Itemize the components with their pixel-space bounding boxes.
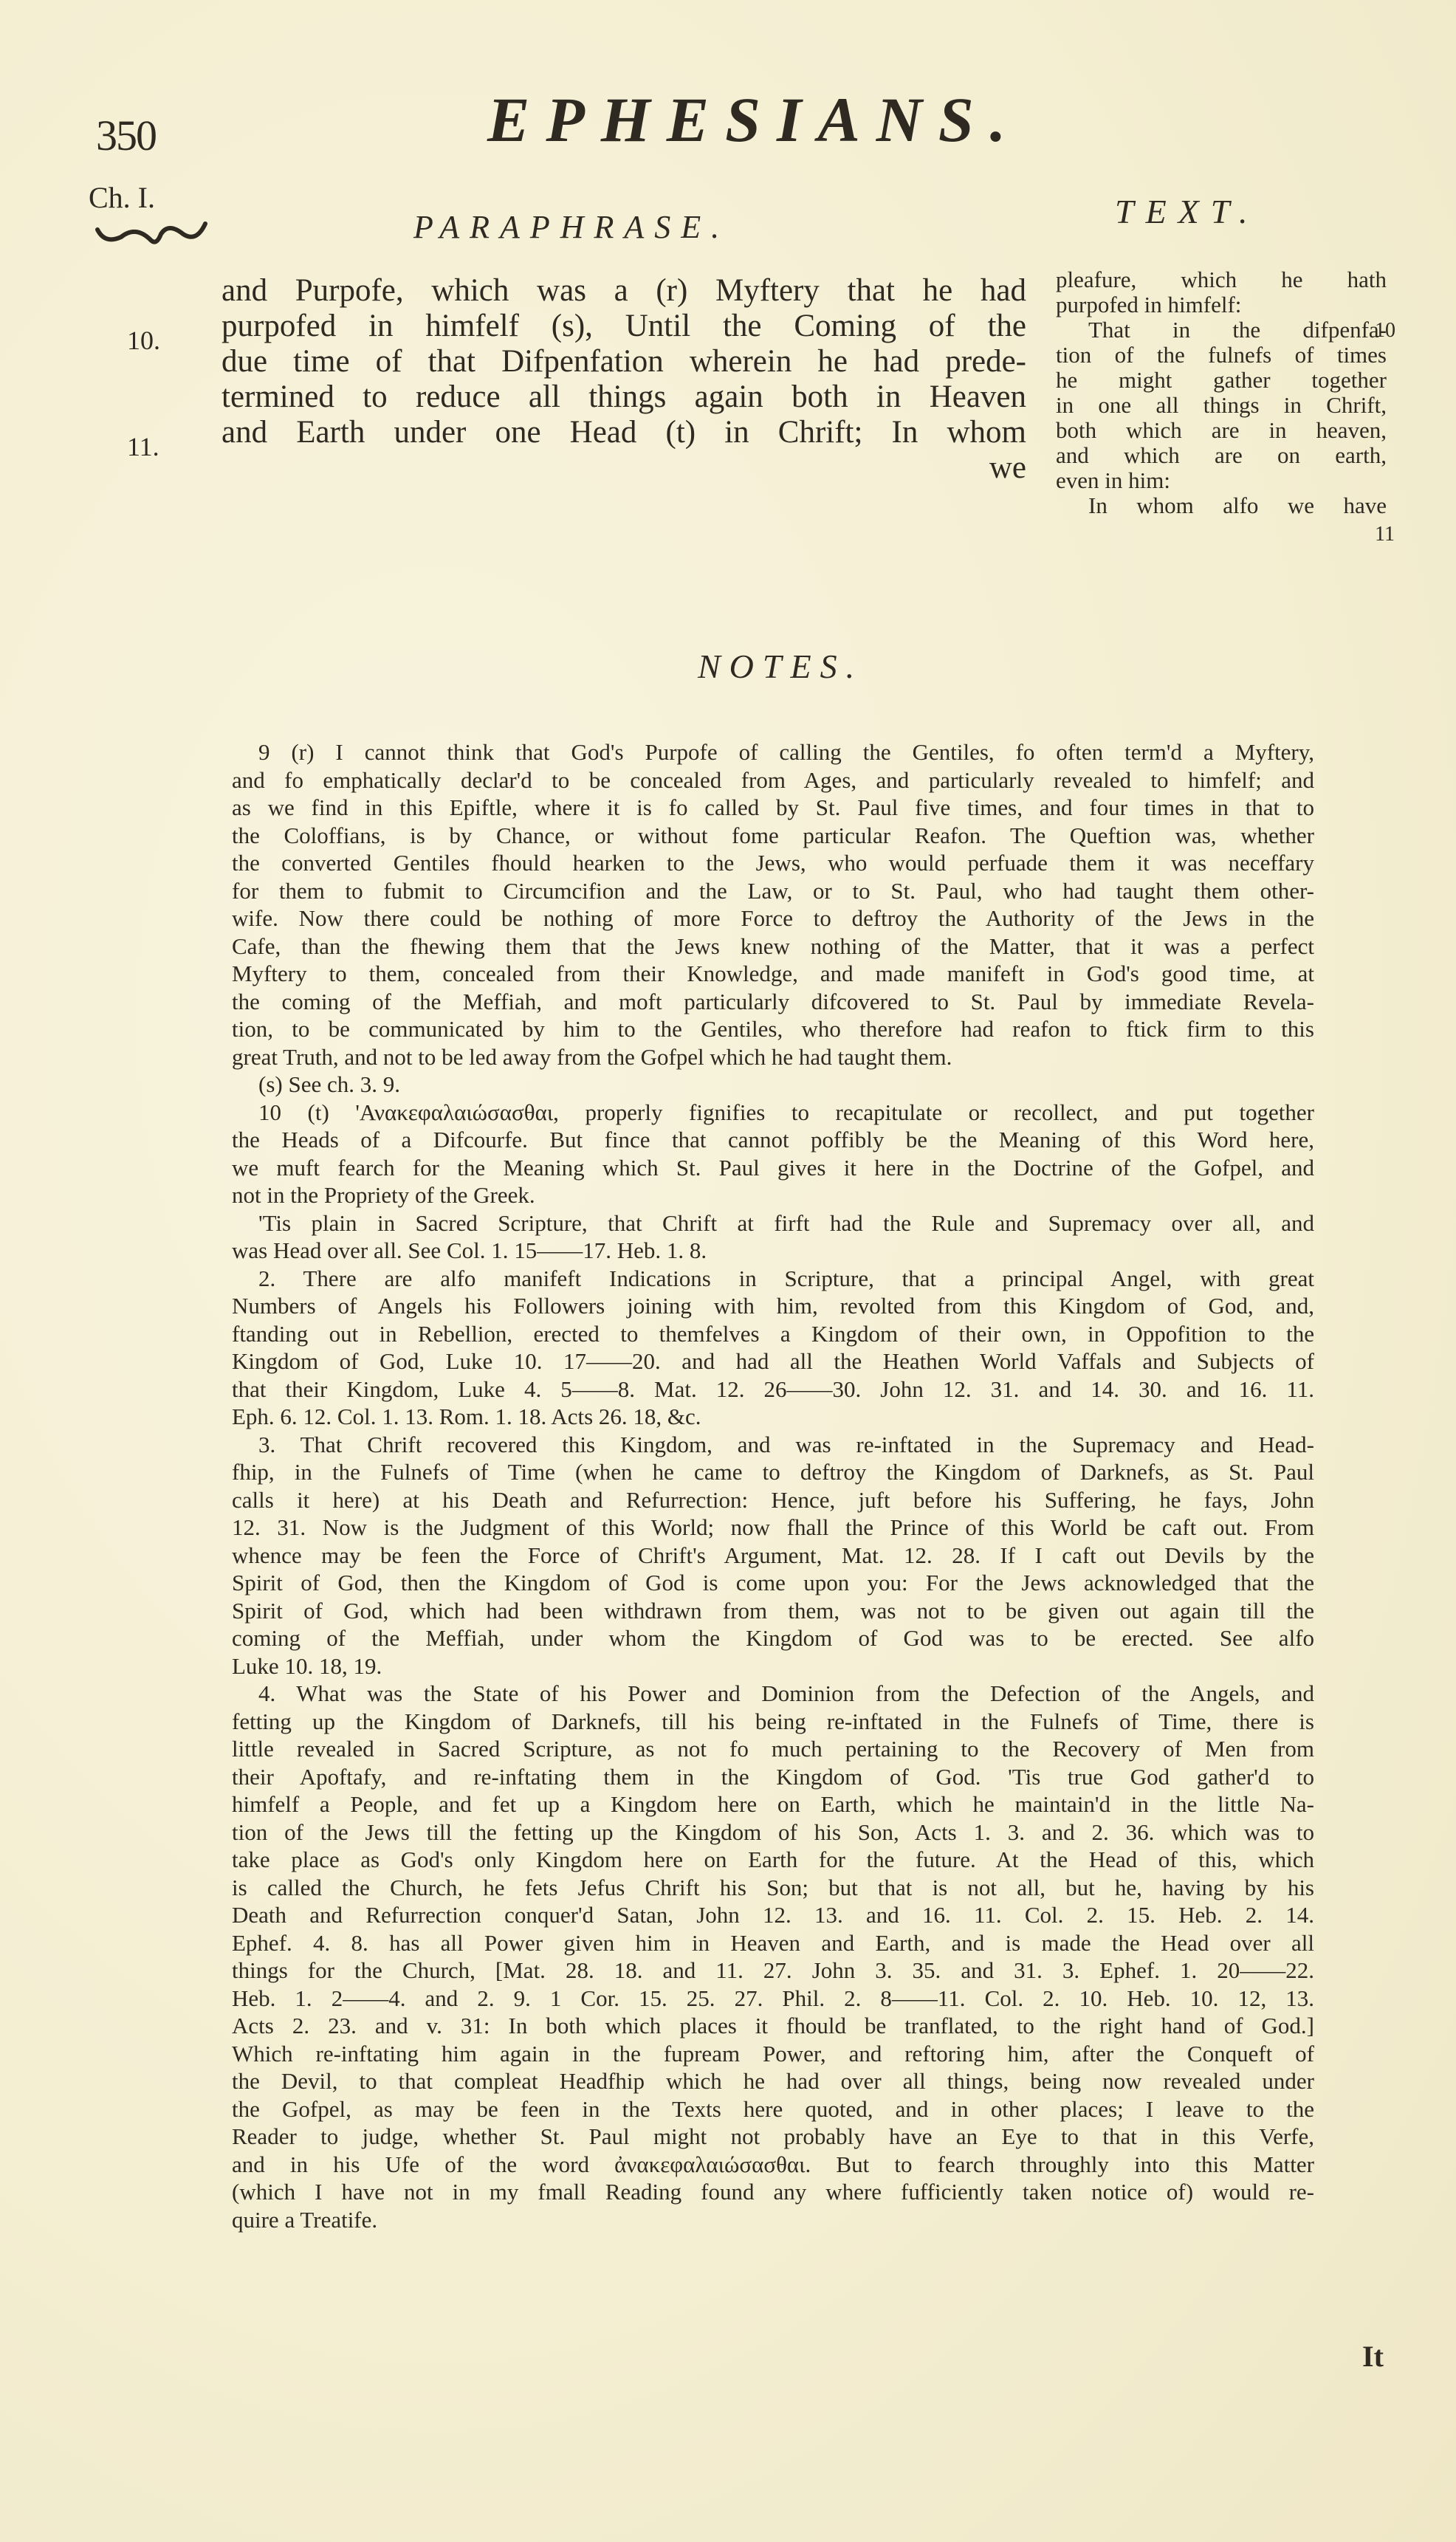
text-line: even in him: [1056, 468, 1387, 493]
note-line: (which I have not in my fmall Reading fo… [232, 2178, 1314, 2206]
text-line: he might gather together [1056, 368, 1387, 393]
text-line: both which are in heaven, [1056, 418, 1387, 443]
text-line: purpofed in himfelf: [1056, 292, 1387, 317]
note-line: quire a Treatife. [232, 2206, 1314, 2234]
note-line: coming of the Meffiah, under whom the Ki… [232, 1624, 1314, 1652]
running-head: EPHESIANS. [487, 83, 1022, 157]
note-line: 12. 31. Now is the Judgment of this Worl… [232, 1514, 1314, 1542]
note-line: 10 (t) 'Ανακεφαλαιώσασθαι, properly fign… [232, 1099, 1314, 1127]
verse-marker: 11. [127, 431, 159, 462]
text-line: tion of the fulnefs of times [1056, 343, 1387, 368]
note-line: fetting up the Kingdom of Darknefs, till… [232, 1708, 1314, 1736]
note-line: 3. That Chrift recovered this Kingdom, a… [232, 1431, 1314, 1459]
paraphrase-line: termined to reduce all things again both… [222, 379, 1026, 415]
note-line: Heb. 1. 2——4. and 2. 9. 1 Cor. 15. 25. 2… [232, 1985, 1314, 2013]
note-line: himfelf a People, and fet up a Kingdom h… [232, 1790, 1314, 1818]
paraphrase-line: and Earth under one Head (t) in Chrift; … [222, 415, 1026, 450]
note-line: Acts 2. 23. and v. 31: In both which pla… [232, 2012, 1314, 2040]
catchword: It [1362, 2339, 1384, 2374]
catchword-line: we [222, 450, 1026, 486]
page-number: 350 [96, 111, 156, 160]
note-line: tion, to be communicated by him to the G… [232, 1015, 1314, 1043]
notes-body: 9 (r) I cannot think that God's Purpofe … [232, 738, 1314, 2233]
note-line: Numbers of Angels his Followers joining … [232, 1292, 1314, 1320]
note-line: 'Tis plain in Sacred Scripture, that Chr… [232, 1209, 1314, 1237]
note-line: 2. There are alfo manifeft Indications i… [232, 1265, 1314, 1293]
paraphrase-line: due time of that Difpenfation wherein he… [222, 344, 1026, 379]
note-line: the converted Gentiles fhould hearken to… [232, 849, 1314, 877]
note-line: for them to fubmit to Circumcifion and t… [232, 877, 1314, 905]
note-line: 9 (r) I cannot think that God's Purpofe … [232, 738, 1314, 766]
note-line: and fo emphatically declar'd to be conce… [232, 766, 1314, 794]
note-line: the Devil, to that compleat Headfhip whi… [232, 2067, 1314, 2095]
paraphrase-line: and Purpofe, which was a (r) Myftery tha… [222, 273, 1026, 309]
note-line: was Head over all. See Col. 1. 15——17. H… [232, 1237, 1314, 1265]
note-line: not in the Propriety of the Greek. [232, 1181, 1314, 1209]
paraphrase-line: purpofed in himfelf (s), Until the Comin… [222, 309, 1026, 344]
note-line: that their Kingdom, Luke 4. 5——8. Mat. 1… [232, 1375, 1314, 1404]
chapter-label: Ch. I. [89, 180, 155, 215]
note-line: Eph. 6. 12. Col. 1. 13. Rom. 1. 18. Acts… [232, 1403, 1314, 1431]
text-line: In whom alfo we have [1056, 493, 1387, 518]
note-line: the coming of the Meffiah, and moft part… [232, 988, 1314, 1016]
note-line: is called the Church, he fets Jefus Chri… [232, 1874, 1314, 1902]
text-line: pleafure, which he hath [1056, 267, 1387, 292]
note-line: Death and Refurrection conquer'd Satan, … [232, 1901, 1314, 1929]
chapter-ornament-icon [95, 218, 213, 247]
text-line: and which are on earth, [1056, 443, 1387, 468]
note-line: calls it here) at his Death and Refurrec… [232, 1486, 1314, 1514]
note-line: Spirit of God, then the Kingdom of God i… [232, 1569, 1314, 1597]
text-verse-marker: 10 [1375, 319, 1395, 343]
note-line: the Heads of a Difcourfe. But fince that… [232, 1126, 1314, 1154]
note-line: things for the Church, [Mat. 28. 18. and… [232, 1957, 1314, 1985]
note-line: the Gofpel, as may be feen in the Texts … [232, 2095, 1314, 2123]
note-line: Myftery to them, concealed from their Kn… [232, 960, 1314, 988]
text-verse-marker: 11 [1375, 523, 1395, 546]
column-heading-paraphrase: PARAPHRASE. [413, 208, 729, 246]
column-heading-text: TEXT. [1115, 192, 1259, 231]
note-line: little revealed in Sacred Scripture, as … [232, 1735, 1314, 1763]
note-line: Reader to judge, whether St. Paul might … [232, 2123, 1314, 2151]
note-line: the Coloffians, is by Chance, or without… [232, 822, 1314, 850]
note-line: take place as God's only Kingdom here on… [232, 1846, 1314, 1874]
note-line: and in his Ufe of the word ἀνακεφαλαιώσα… [232, 2151, 1314, 2179]
note-line: Which re-inftating him again in the fupr… [232, 2040, 1314, 2068]
verse-marker: 10. [127, 325, 160, 356]
paraphrase-column: and Purpofe, which was a (r) Myftery tha… [222, 273, 1026, 486]
note-line: fhip, in the Fulnefs of Time (when he ca… [232, 1458, 1314, 1486]
note-line: Ephef. 4. 8. has all Power given him in … [232, 1929, 1314, 1957]
note-line: as we find in this Epiftle, where it is … [232, 794, 1314, 822]
note-line: Cafe, than the fhewing them that the Jew… [232, 932, 1314, 961]
note-line: 4. What was the State of his Power and D… [232, 1680, 1314, 1708]
note-line: tion of the Jews till the fetting up the… [232, 1818, 1314, 1847]
note-line: Luke 10. 18, 19. [232, 1652, 1314, 1680]
note-line: we muft fearch for the Meaning which St.… [232, 1154, 1314, 1182]
note-line: Kingdom of God, Luke 10. 17——20. and had… [232, 1347, 1314, 1375]
note-line: their Apoftafy, and re-inftating them in… [232, 1763, 1314, 1791]
notes-heading: NOTES. [698, 647, 863, 686]
note-line: Spirit of God, which had been withdrawn … [232, 1597, 1314, 1625]
note-line: whence may be feen the Force of Chrift's… [232, 1542, 1314, 1570]
note-line: ftanding out in Rebellion, erected to th… [232, 1320, 1314, 1348]
text-line: in one all things in Chrift, [1056, 393, 1387, 418]
note-line: wife. Now there could be nothing of more… [232, 904, 1314, 932]
text-column: pleafure, which he hath purpofed in himf… [1056, 267, 1387, 518]
text-line: That in the difpenfa- [1056, 317, 1387, 343]
note-line: great Truth, and not to be led away from… [232, 1043, 1314, 1071]
note-line: (s) See ch. 3. 9. [232, 1071, 1314, 1099]
